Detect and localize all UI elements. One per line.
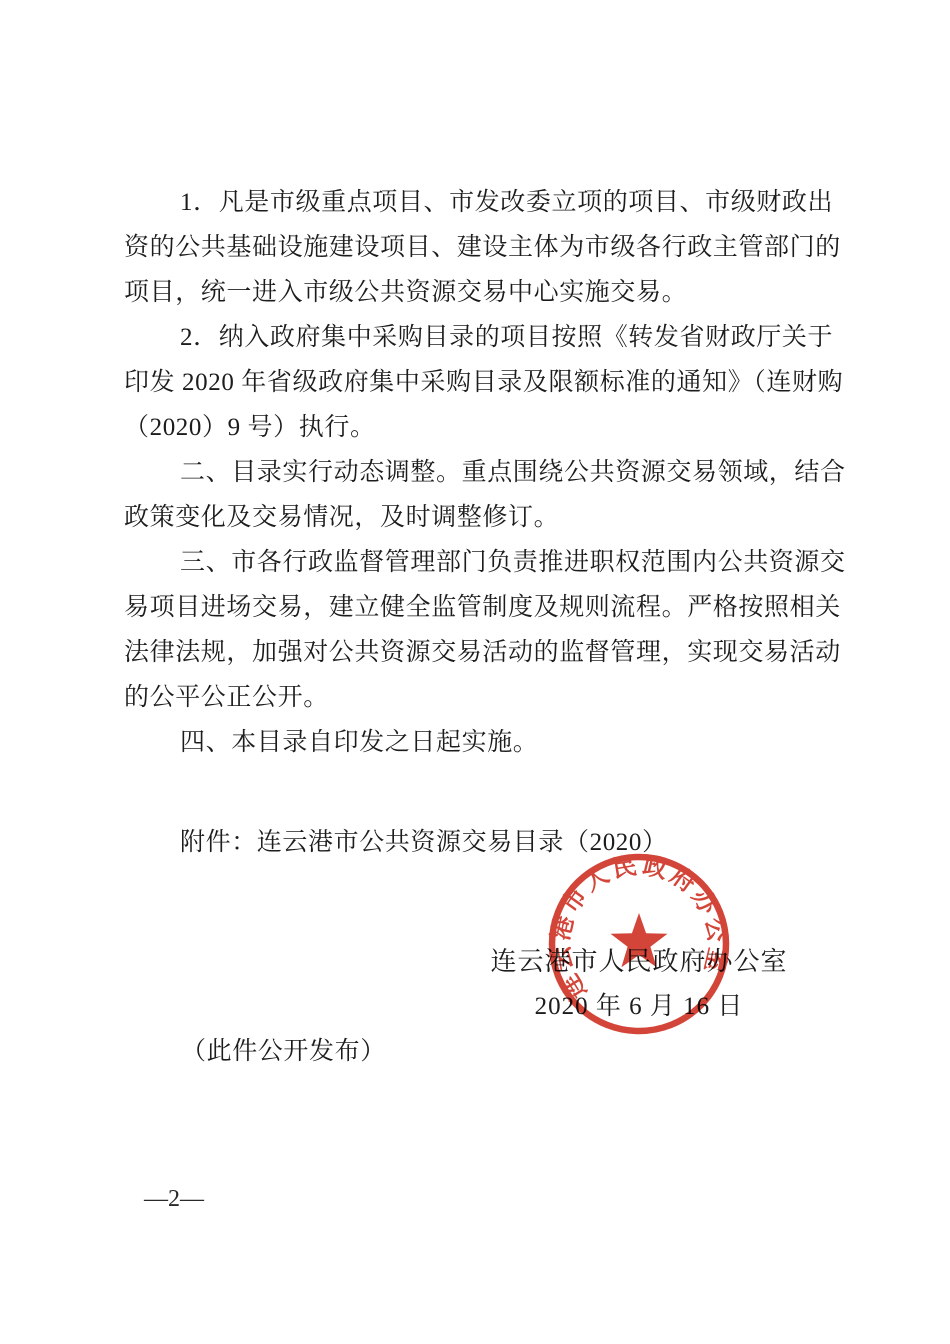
signature-block: 连云港市人民政府办公室 2020 年 6 月 16 日: [458, 945, 820, 1023]
issue-date: 2020 年 6 月 16 日: [458, 991, 820, 1023]
issuing-office: 连云港市人民政府办公室: [458, 945, 820, 979]
body-line: （2020）9 号）执行。: [124, 405, 838, 450]
body-line: 资的公共基础设施建设项目、建设主体为市级各行政主管部门的: [124, 225, 838, 270]
body-line: 政策变化及交易情况，及时调整修订。: [124, 495, 838, 540]
document-body: 1．凡是市级重点项目、市发改委立项的项目、市级财政出 资的公共基础设施建设项目、…: [124, 180, 838, 765]
body-line: 易项目进场交易，建立健全监管制度及规则流程。严格按照相关: [124, 585, 838, 630]
body-line: 法律法规，加强对公共资源交易活动的监督管理，实现交易活动: [124, 630, 838, 675]
body-line: 四、本目录自印发之日起实施。: [124, 720, 838, 765]
body-line: 二、目录实行动态调整。重点围绕公共资源交易领域，结合: [124, 450, 838, 495]
document-page: 1．凡是市级重点项目、市发改委立项的项目、市级财政出 资的公共基础设施建设项目、…: [0, 0, 950, 1344]
body-line: 2．纳入政府集中采购目录的项目按照《转发省财政厅关于: [124, 315, 838, 360]
attachment-line: 附件：连云港市公共资源交易目录（2020）: [124, 820, 838, 865]
body-line: 三、市各行政监督管理部门负责推进职权范围内公共资源交: [124, 540, 838, 585]
body-line: 印发 2020 年省级政府集中采购目录及限额标准的通知》（连财购: [124, 360, 838, 405]
page-number: —2—: [144, 1184, 204, 1214]
body-line: 1．凡是市级重点项目、市发改委立项的项目、市级财政出: [124, 180, 838, 225]
body-line: 项目，统一进入市级公共资源交易中心实施交易。: [124, 270, 838, 315]
publish-note: （此件公开发布）: [181, 1032, 386, 1072]
body-line: 的公平公正公开。: [124, 675, 838, 720]
